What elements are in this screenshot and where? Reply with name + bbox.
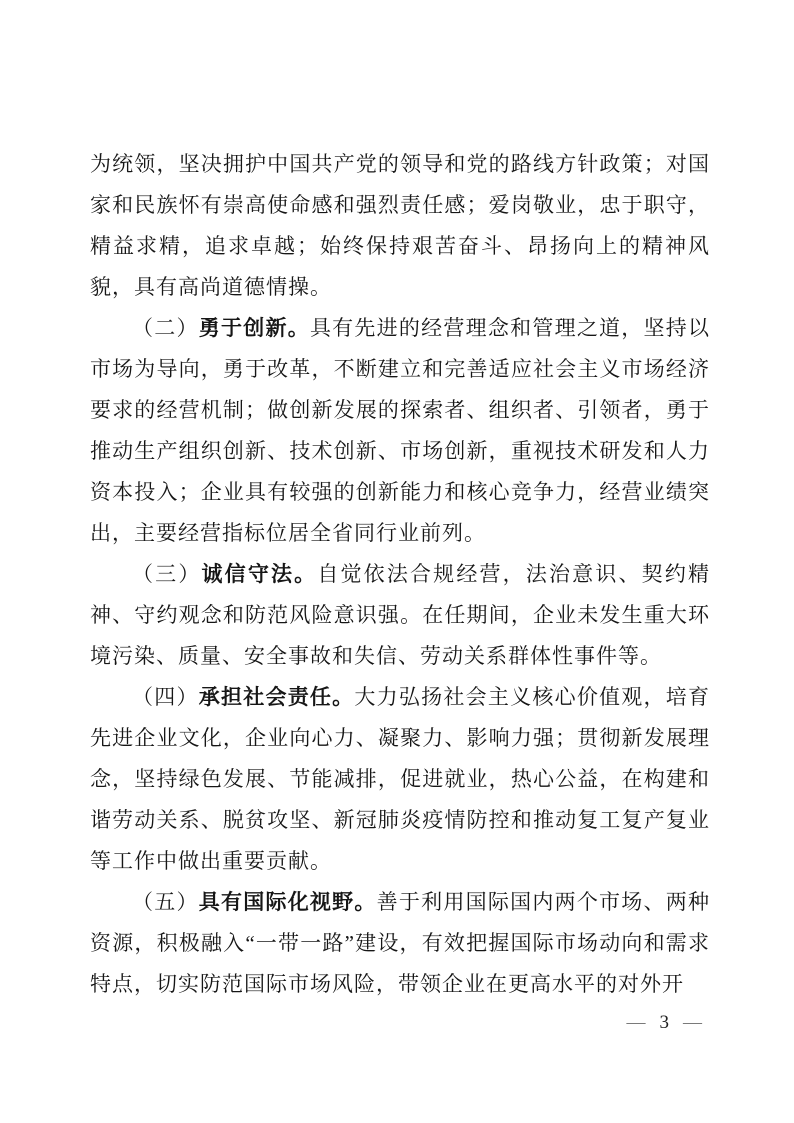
paragraph-lead: 诚信守法。: [202, 562, 318, 586]
document-body: 为统领，坚决拥护中国共产党的领导和党的路线方针政策；对国家和民族怀有崇高使命感和…: [90, 144, 710, 1005]
paragraph-continuation: 为统领，坚决拥护中国共产党的领导和党的路线方针政策；对国家和民族怀有崇高使命感和…: [90, 144, 710, 308]
paragraph-item-5: （五）具有国际化视野。善于利用国际国内两个市场、两种资源，积极融入“一带一路”建…: [90, 882, 710, 1005]
paragraph-number: （四）: [132, 685, 199, 709]
paragraph-lead: 勇于创新。: [199, 316, 310, 340]
paragraph-text: 大力弘扬社会主义核心价值观，培育先进企业文化，企业向心力、凝聚力、影响力强；贯彻…: [90, 685, 710, 873]
page-number-value: 3: [660, 1012, 670, 1033]
paragraph-text: 为统领，坚决拥护中国共产党的领导和党的路线方针政策；对国家和民族怀有崇高使命感和…: [90, 152, 710, 299]
paragraph-number: （二）: [132, 316, 199, 340]
paragraph-item-3: （三）诚信守法。自觉依法合规经营，法治意识、契约精神、守约观念和防范风险意识强。…: [90, 554, 710, 677]
paragraph-item-2: （二）勇于创新。具有先进的经营理念和管理之道，坚持以市场为导向，勇于改革，不断建…: [90, 308, 710, 554]
paragraph-lead: 具有国际化视野。: [199, 890, 377, 914]
paragraph-text: 具有先进的经营理念和管理之道，坚持以市场为导向，勇于改革，不断建立和完善适应社会…: [90, 316, 710, 545]
page-number-dash-left: —: [613, 1012, 660, 1033]
paragraph-number: （三）: [132, 562, 202, 586]
paragraph-item-4: （四）承担社会责任。大力弘扬社会主义核心价值观，培育先进企业文化，企业向心力、凝…: [90, 677, 710, 882]
paragraph-lead: 承担社会责任。: [199, 685, 355, 709]
paragraph-number: （五）: [132, 890, 199, 914]
page-number-dash-right: —: [669, 1012, 716, 1033]
document-page: 为统领，坚决拥护中国共产党的领导和党的路线方针政策；对国家和民族怀有崇高使命感和…: [0, 0, 794, 1123]
page-number: —3—: [613, 1012, 717, 1034]
